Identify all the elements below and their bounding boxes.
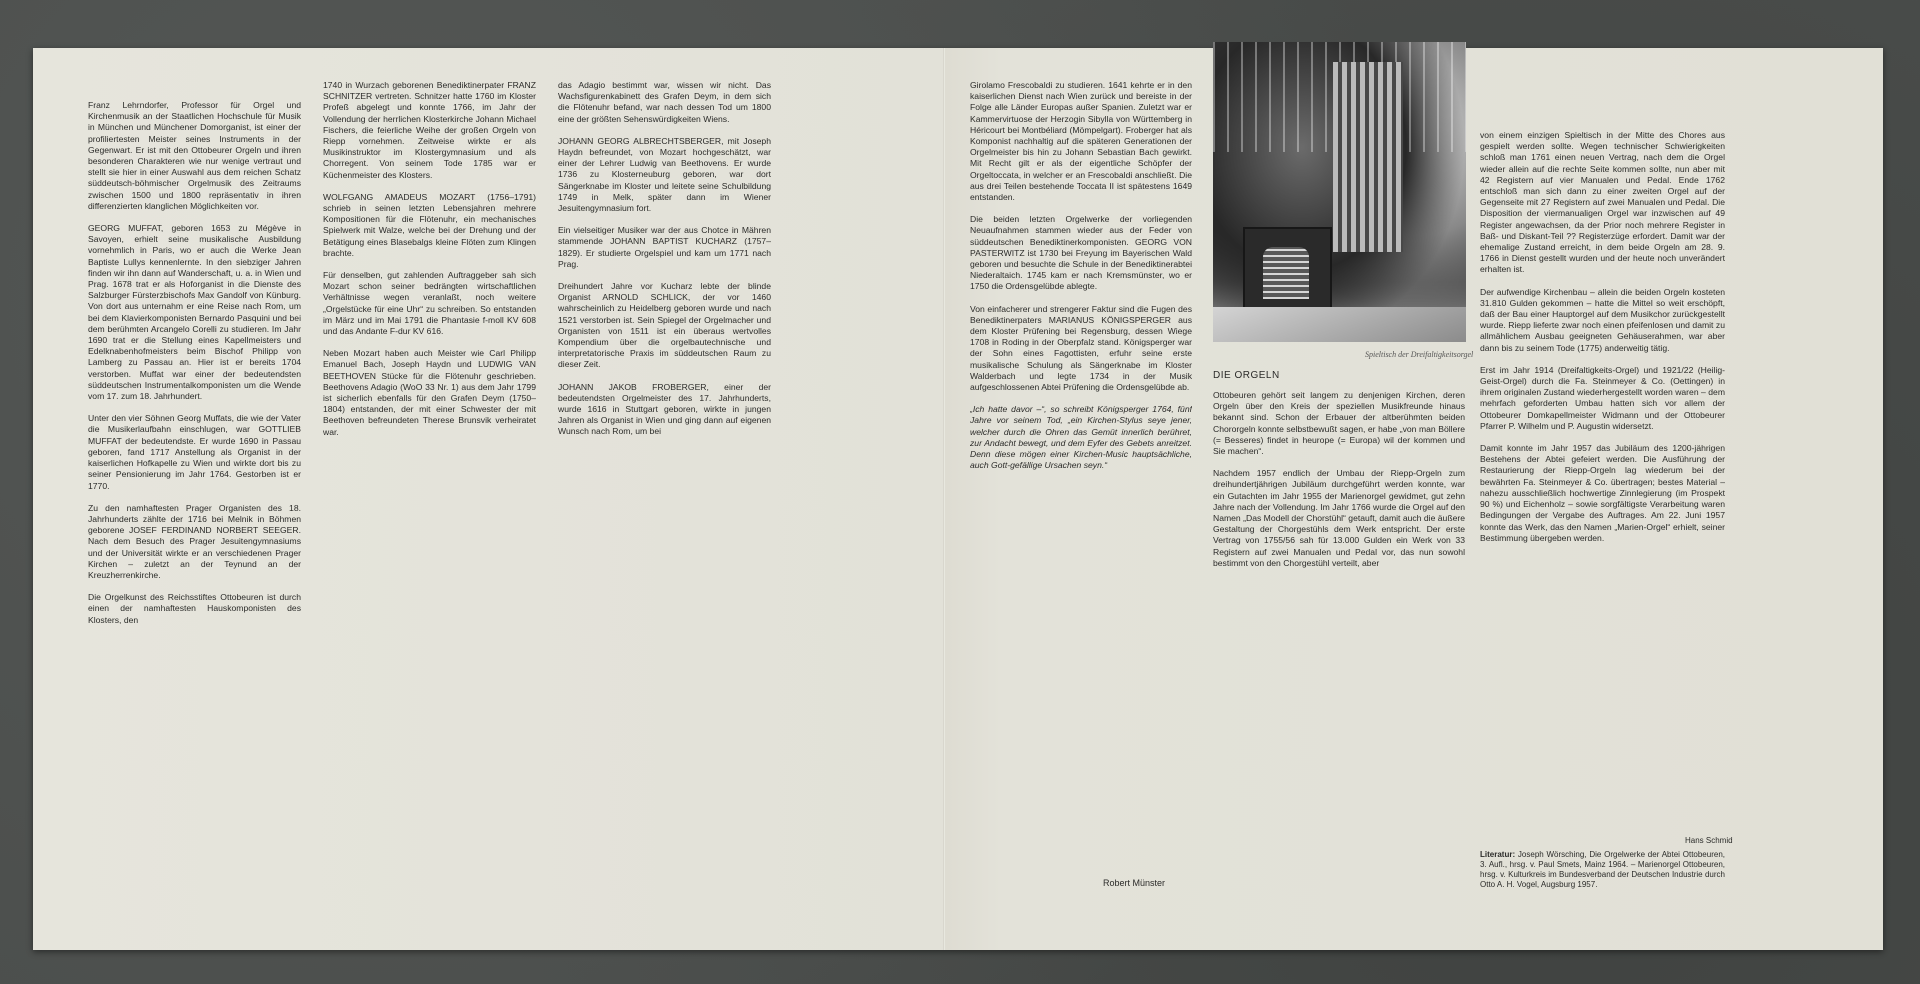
literature-label: Literatur: [1480,850,1515,859]
organ-console-photo [1213,42,1466,342]
paragraph-koenigsperger: Von einfacherer und strengerer Faktur si… [970,304,1192,394]
paragraph-quote: „Ich hatte davor –“, so schreibt Königsp… [970,404,1192,471]
column-6: von einem einzigen Spieltisch in der Mit… [1480,130,1725,830]
paragraph-orgeln-2: Nachdem 1957 endlich der Umbau der Riepp… [1213,468,1465,569]
paragraph-pasterwitz: Die beiden letzten Orgelwerke der vorlie… [970,214,1192,292]
column-1: Franz Lehrndorfer, Professor für Orgel u… [88,100,301,940]
author-signature: Robert Münster [1103,878,1165,888]
left-panel: Franz Lehrndorfer, Professor für Orgel u… [33,48,945,950]
literature-note: Literatur: Joseph Wörsching, Die Orgelwe… [1480,850,1725,910]
column-5: Ottobeuren gehört seit langem zu denjeni… [1213,390,1465,920]
paragraph-froberger-cont: Girolamo Frescobaldi zu studieren. 1641 … [970,80,1192,203]
paragraph-muffat-georg: GEORG MUFFAT, geboren 1653 zu Mégève in … [88,223,301,402]
paragraph-froberger: JOHANN JAKOB FROBERGER, einer der bedeut… [558,382,771,438]
paragraph-restoration: Erst im Jahr 1914 (Dreifaltigkeits-Orgel… [1480,365,1725,432]
paragraph-deym: das Adagio bestimmt war, wissen wir nich… [558,80,771,125]
intro-paragraph: Franz Lehrndorfer, Professor für Orgel u… [88,100,301,212]
column-4: Girolamo Frescobaldi zu studieren. 1641 … [970,80,1192,900]
paragraph-kirchenbau: Der aufwendige Kirchenbau – allein die b… [1480,287,1725,354]
section-heading: DIE ORGELN [1213,370,1280,381]
paragraph-marienorgel: Damit konnte im Jahr 1957 das Jubiläum d… [1480,443,1725,544]
paragraph-seeger: Zu den namhaftesten Prager Organisten de… [88,503,301,581]
signature-hans-schmid: Hans Schmid [1685,836,1733,845]
right-panel: Girolamo Frescobaldi zu studieren. 1641 … [945,48,1883,950]
column-3: das Adagio bestimmt war, wissen wir nich… [558,80,771,930]
paragraph-disposition: von einem einzigen Spieltisch in der Mit… [1480,130,1725,276]
paragraph-mozart: WOLFGANG AMADEUS MOZART (1756–1791) schr… [323,192,536,259]
photo-caption: Spieltisch der Dreifaltigkeitsorgel [1365,350,1473,359]
paragraph-orgeln-1: Ottobeuren gehört seit langem zu denjeni… [1213,390,1465,457]
record-sleeve: Franz Lehrndorfer, Professor für Orgel u… [33,48,1883,950]
paragraph-beethoven: Neben Mozart haben auch Meister wie Carl… [323,348,536,438]
literature-text: Joseph Wörsching, Die Orgelwerke der Abt… [1480,850,1725,889]
paragraph-mozart-2: Für denselben, gut zahlenden Auftraggebe… [323,270,536,337]
paragraph-kucharz: Ein vielseitiger Musiker war der aus Cho… [558,225,771,270]
paragraph-ottobeuren: Die Orgelkunst des Reichsstiftes Ottobeu… [88,592,301,626]
column-2: 1740 in Wurzach geborenen Benediktinerpa… [323,80,536,930]
paragraph-albrechtsberger: JOHANN GEORG ALBRECHTSBERGER, mit Joseph… [558,136,771,214]
paragraph-muffat-gottlieb: Unter den vier Söhnen Georg Muffats, die… [88,413,301,491]
organ-pipes [1333,62,1403,252]
paragraph-schnitzer: 1740 in Wurzach geborenen Benediktinerpa… [323,80,536,181]
paragraph-schlick: Dreihundert Jahre vor Kucharz lebte der … [558,281,771,371]
